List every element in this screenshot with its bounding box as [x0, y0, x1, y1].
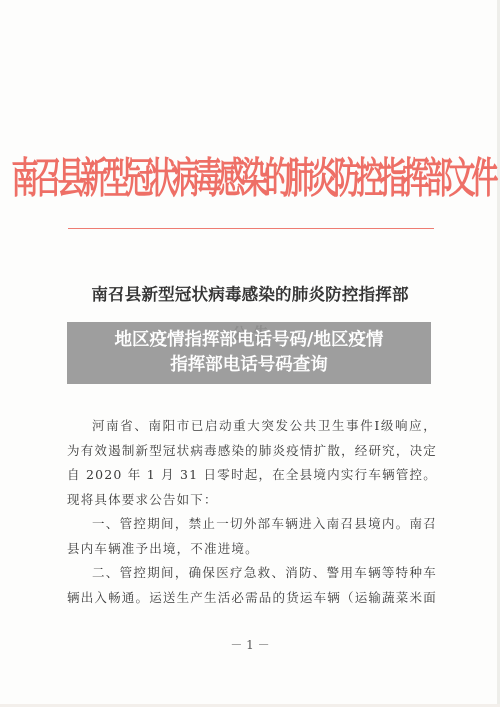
overlay-banner: 地区疫情指挥部电话号码/地区疫情 指挥部电话号码查询 — [67, 322, 431, 384]
document-title: 南召县新型冠状病毒感染的肺炎防控指挥部 — [60, 281, 440, 305]
overlay-line-1: 地区疫情指挥部电话号码/地区疫情 — [67, 328, 431, 353]
overlay-line-2: 指挥部电话号码查询 — [67, 353, 431, 378]
red-document-header: 南召县新型冠状病毒感染的肺炎防控指挥部文件 — [70, 131, 436, 218]
document-body: 河南省、南阳市已启动重大突发公共卫生事件Ⅰ级响应，为有效遏制新型冠状病毒感染的肺… — [67, 414, 437, 610]
paragraph-intro: 河南省、南阳市已启动重大突发公共卫生事件Ⅰ级响应，为有效遏制新型冠状病毒感染的肺… — [67, 414, 437, 512]
page-number: － 1 － — [0, 636, 500, 653]
paragraph-item-1: 一、管控期间，禁止一切外部车辆进入南召县境内。南召县内车辆准予出境，不准进境。 — [67, 512, 437, 561]
red-divider-line — [68, 228, 434, 229]
paragraph-item-2: 二、管控期间，确保医疗急救、消防、警用车辆等特种车辆出入畅通。运送生产生活必需品… — [67, 561, 437, 610]
